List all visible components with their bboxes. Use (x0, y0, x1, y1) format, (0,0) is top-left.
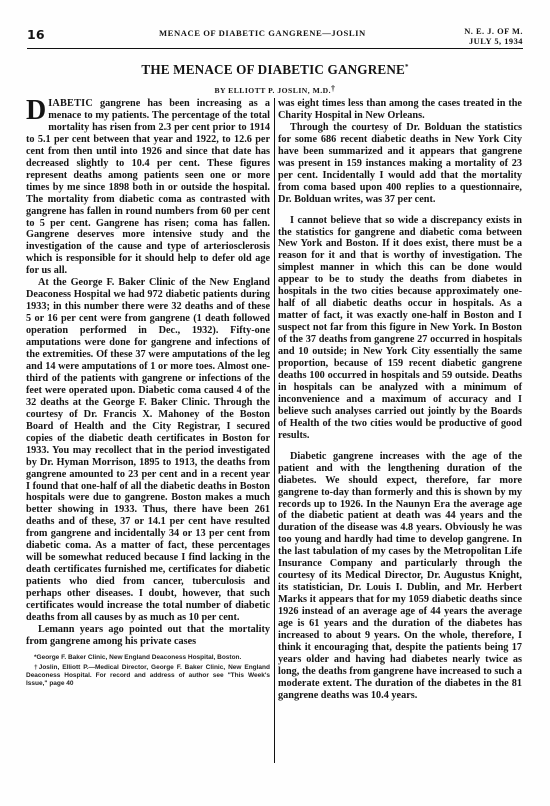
paragraph: At the George F. Baker Clinic of the New… (26, 277, 270, 624)
issue-date: JULY 5, 1934 (464, 37, 523, 47)
column-divider (274, 98, 275, 763)
left-column: DIABETIC gangrene has been increasing as… (26, 98, 270, 690)
footnote: †Joslin, Elliott P.—Medical Director, Ge… (26, 664, 270, 687)
journal-page: 16 MENACE OF DIABETIC GANGRENE—JOSLIN N.… (0, 0, 550, 806)
article-title-text: THE MENACE OF DIABETIC GANGRENE (141, 62, 405, 77)
author-name: BY ELLIOTT P. JOSLIN, M.D. (214, 86, 331, 95)
header-rule (27, 48, 523, 49)
title-footnote-marker: * (405, 63, 409, 71)
paragraph: was eight times less than among the case… (278, 98, 522, 122)
running-title: MENACE OF DIABETIC GANGRENE—JOSLIN (159, 28, 366, 38)
paragraph-text: gangrene has been increasing as a menace… (26, 98, 270, 276)
paragraph: Through the courtesy of Dr. Bolduan the … (278, 122, 522, 206)
journal-name: N. E. J. OF M. (464, 27, 523, 37)
author-footnote-marker: † (331, 84, 336, 93)
paragraph: Lemann years ago pointed out that the mo… (26, 624, 270, 648)
footnotes: *George F. Baker Clinic, New England Dea… (26, 654, 270, 687)
lead-caps: IABETIC (48, 98, 93, 109)
journal-reference: N. E. J. OF M. JULY 5, 1934 (464, 27, 523, 46)
footnote: *George F. Baker Clinic, New England Dea… (26, 654, 270, 662)
drop-cap: D (26, 99, 46, 122)
opening-paragraph: DIABETIC gangrene has been increasing as… (26, 98, 270, 277)
page-number: 16 (27, 27, 45, 42)
running-header: 16 MENACE OF DIABETIC GANGRENE—JOSLIN N.… (27, 27, 523, 49)
byline: BY ELLIOTT P. JOSLIN, M.D.† (0, 84, 550, 95)
paragraph: Diabetic gangrene increases with the age… (278, 451, 522, 702)
paragraph: I cannot believe that so wide a discrepa… (278, 215, 522, 442)
article-title: THE MENACE OF DIABETIC GANGRENE* (0, 62, 550, 78)
right-column: was eight times less than among the case… (278, 98, 522, 702)
